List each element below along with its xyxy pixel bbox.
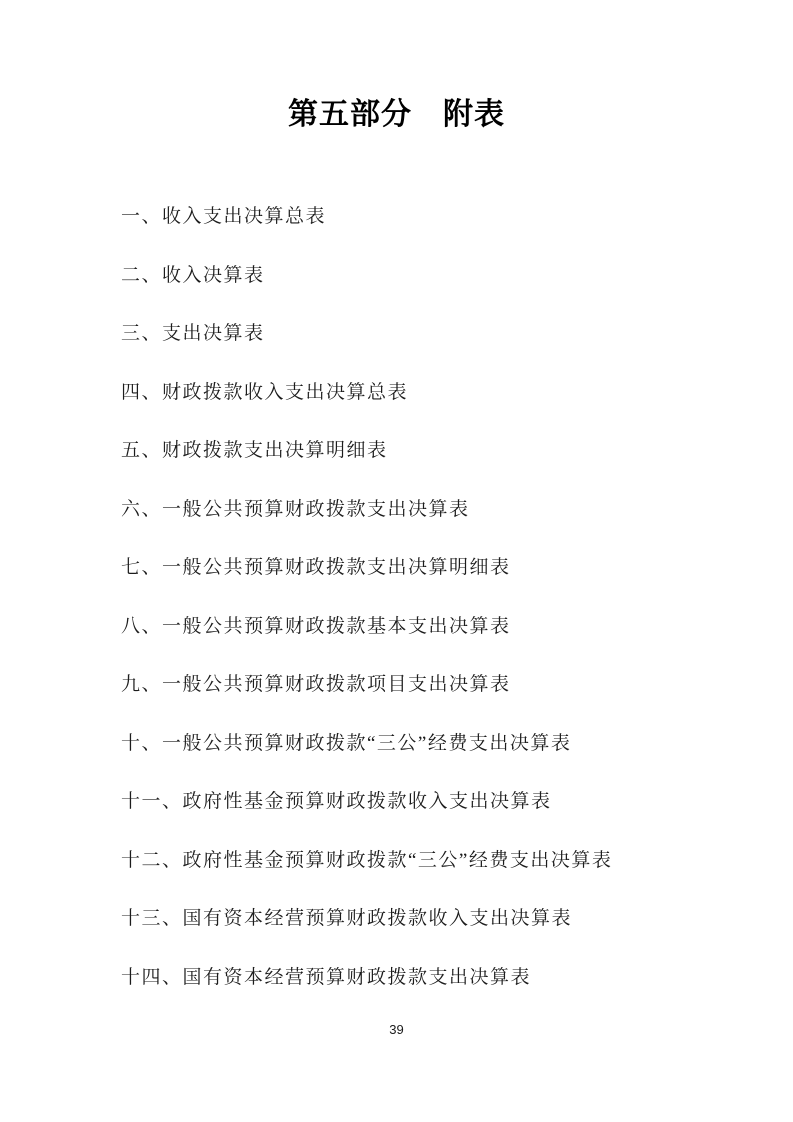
toc-item: 五、财政拨款支出决算明细表 [121,439,733,462]
document-page: 第五部分 附表 一、收入支出决算总表 二、收入决算表 三、支出决算表 四、财政拨… [0,0,793,1122]
toc-item: 三、支出决算表 [121,322,733,345]
toc-item: 十四、国有资本经营预算财政拨款支出决算表 [121,966,733,989]
toc-item: 四、财政拨款收入支出决算总表 [121,381,733,404]
toc-item: 十一、政府性基金预算财政拨款收入支出决算表 [121,790,733,813]
toc-item: 十二、政府性基金预算财政拨款“三公”经费支出决算表 [121,849,733,872]
toc-list: 一、收入支出决算总表 二、收入决算表 三、支出决算表 四、财政拨款收入支出决算总… [121,205,733,989]
toc-item: 七、一般公共预算财政拨款支出决算明细表 [121,556,733,579]
toc-item: 一、收入支出决算总表 [121,205,733,228]
toc-item: 十三、国有资本经营预算财政拨款收入支出决算表 [121,907,733,930]
page-title: 第五部分 附表 [0,0,793,133]
toc-item: 八、一般公共预算财政拨款基本支出决算表 [121,615,733,638]
toc-item: 十、一般公共预算财政拨款“三公”经费支出决算表 [121,732,733,755]
page-number: 39 [0,1022,793,1038]
toc-item: 九、一般公共预算财政拨款项目支出决算表 [121,673,733,696]
toc-item: 二、收入决算表 [121,264,733,287]
toc-item: 六、一般公共预算财政拨款支出决算表 [121,498,733,521]
